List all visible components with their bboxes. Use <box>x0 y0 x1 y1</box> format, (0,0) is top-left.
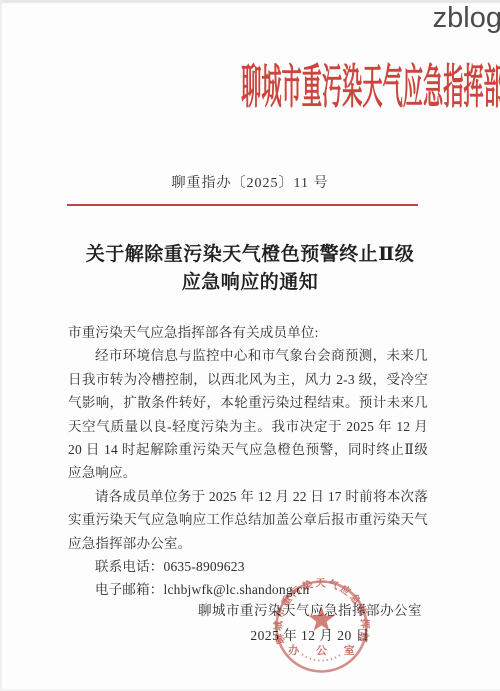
document-red-header: 聊城市重污染天气应急指挥部办公室文件 <box>0 63 500 119</box>
document-title-line2: 应急响应的通知 <box>0 269 500 297</box>
red-separator-line <box>67 204 418 206</box>
issuing-org-title: 聊城市重污染天气应急指挥部办公室文件 <box>241 63 500 115</box>
document-number: 聊重指办〔2025〕11 号 <box>0 172 500 192</box>
contact-phone-label: 联系电话： <box>95 559 164 574</box>
document-title: 关于解除重污染天气橙色预警终止Ⅱ级 应急响应的通知 <box>0 241 500 297</box>
seal-center-text: 办 公 室 <box>288 643 362 657</box>
seal-star-icon <box>309 607 335 631</box>
contact-phone-line: 联系电话：0635-8909623 <box>68 555 428 578</box>
contact-email-label: 电子邮箱： <box>95 582 164 597</box>
salutation: 市重污染天气应急指挥部各有关成员单位: <box>68 321 428 344</box>
document-body: 市重污染天气应急指挥部各有关成员单位: 经市环境信息与监控中心和市气象台会商预测… <box>68 321 428 602</box>
body-paragraph-2: 请各成员单位务于 2025 年 12 月 22 日 17 时前将本次落实重污染天… <box>68 485 428 555</box>
zblog-watermark: zblog <box>433 2 500 35</box>
photo-top-edge <box>0 0 500 3</box>
official-seal: 聊城市重污染天气应急指挥部 办 公 室 <box>273 578 370 675</box>
contact-phone-value: 0635-8909623 <box>164 559 245 574</box>
body-paragraph-1: 经市环境信息与监控中心和市气象台会商预测，未来几日我市转为冷槽控制，以西北风为主… <box>68 344 428 484</box>
document-title-line1: 关于解除重污染天气橙色预警终止Ⅱ级 <box>0 241 500 269</box>
